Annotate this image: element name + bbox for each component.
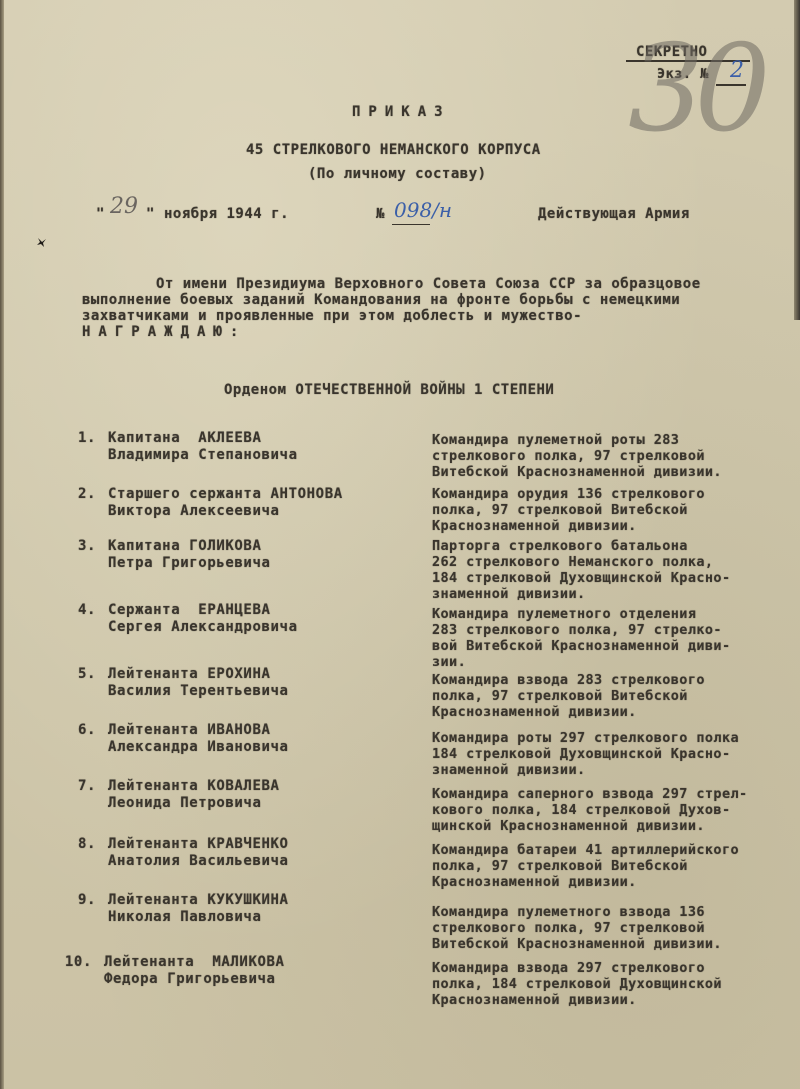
punch-hole-mark: [36, 236, 48, 248]
recipient-given-names: Александра Ивановича: [68, 739, 289, 756]
recipient-number: 3.: [68, 538, 96, 555]
recipient-name: 10.Лейтенанта МАЛИКОВАФедора Григорьевич…: [64, 954, 285, 988]
recipient-name: 4.Сержанта ЕРАНЦЕВАСергея Александровича: [68, 602, 298, 636]
recipient-position: Командира роты 297 стрелкового полка 184…: [432, 730, 792, 778]
recipient-position: Командира пулеметной роты 283 стрелковог…: [432, 432, 792, 480]
recipient-rank-surname: Лейтенанта ИВАНОВА: [108, 722, 271, 738]
pencil-annotation: 30: [628, 30, 761, 150]
document-page: СЕКРЕТНО Экз. № 2 30 ПРИКАЗ 45 СТРЕЛКОВО…: [0, 0, 800, 1089]
recipient-position: Парторга стрелкового батальона 262 стрел…: [432, 538, 792, 602]
preamble-line-1: От имени Президиума Верховного Совета Со…: [156, 276, 701, 292]
recipient-name: 5.Лейтенанта ЕРОХИНАВасилия Терентьевича: [68, 666, 289, 700]
preamble-line-2: выполнение боевых заданий Командования н…: [82, 292, 680, 308]
recipient-position: Командира взвода 297 стрелкового полка, …: [432, 960, 792, 1008]
recipient-position: Командира орудия 136 стрелкового полка, …: [432, 486, 792, 534]
date-day: 29: [110, 194, 138, 219]
recipient-given-names: Николая Павловича: [68, 909, 289, 926]
recipient-given-names: Владимира Степановича: [68, 447, 298, 464]
recipient-name: 1.Капитана АКЛЕЕВАВладимира Степановича: [68, 430, 298, 464]
page-edge-right: [794, 0, 800, 320]
location: Действующая Армия: [538, 206, 690, 222]
order-heading: Орденом ОТЕЧЕСТВЕННОЙ ВОЙНЫ 1 СТЕПЕНИ: [224, 382, 554, 398]
document-subtitle: (По личному составу): [308, 166, 487, 182]
recipient-number: 7.: [68, 778, 96, 795]
recipient-given-names: Василия Терентьевича: [68, 683, 289, 700]
preamble-line-3: захватчиками и проявленные при этом добл…: [82, 308, 582, 324]
date-month-year: ноября 1944 г.: [164, 206, 289, 222]
date-close-quote: ": [146, 206, 155, 222]
order-number: 098/н: [394, 198, 452, 222]
recipient-number: 2.: [68, 486, 96, 503]
recipient-given-names: Леонида Петровича: [68, 795, 280, 812]
recipient-given-names: Анатолия Васильевича: [68, 853, 289, 870]
recipient-number: 10.: [64, 954, 92, 971]
recipient-rank-surname: Лейтенанта КОВАЛЕВА: [108, 778, 280, 794]
recipient-given-names: Сергея Александровича: [68, 619, 298, 636]
recipient-rank-surname: Капитана АКЛЕЕВА: [108, 430, 262, 446]
recipient-name: 9.Лейтенанта КУКУШКИНАНиколая Павловича: [68, 892, 289, 926]
recipient-rank-surname: Лейтенанта КУКУШКИНА: [108, 892, 289, 908]
recipient-position: Командира батареи 41 артиллерийского пол…: [432, 842, 792, 890]
recipient-name: 8.Лейтенанта КРАВЧЕНКОАнатолия Васильеви…: [68, 836, 289, 870]
issuer-title: 45 СТРЕЛКОВОГО НЕМАНСКОГО КОРПУСА: [246, 142, 541, 158]
recipient-rank-surname: Капитана ГОЛИКОВА: [108, 538, 262, 554]
recipient-given-names: Виктора Алексеевича: [68, 503, 343, 520]
recipient-number: 8.: [68, 836, 96, 853]
recipient-number: 6.: [68, 722, 96, 739]
recipient-rank-surname: Лейтенанта ЕРОХИНА: [108, 666, 271, 682]
recipient-name: 2.Старшего сержанта АНТОНОВАВиктора Алек…: [68, 486, 343, 520]
order-number-label: №: [376, 206, 385, 222]
recipient-number: 1.: [68, 430, 96, 447]
recipient-given-names: Федора Григорьевича: [64, 971, 285, 988]
page-edge-left: [0, 0, 4, 1089]
date-open-quote: ": [96, 206, 105, 222]
recipient-name: 7.Лейтенанта КОВАЛЕВАЛеонида Петровича: [68, 778, 280, 812]
recipient-number: 4.: [68, 602, 96, 619]
recipient-name: 6.Лейтенанта ИВАНОВААлександра Ивановича: [68, 722, 289, 756]
recipient-position: Командира пулеметного взвода 136 стрелко…: [432, 904, 792, 952]
recipient-rank-surname: Сержанта ЕРАНЦЕВА: [108, 602, 271, 618]
recipient-number: 5.: [68, 666, 96, 683]
document-type-title: ПРИКАЗ: [352, 104, 451, 120]
recipient-rank-surname: Лейтенанта КРАВЧЕНКО: [108, 836, 289, 852]
recipient-rank-surname: Лейтенанта МАЛИКОВА: [104, 954, 285, 970]
recipient-number: 9.: [68, 892, 96, 909]
awards-verb: НАГРАЖДАЮ:: [82, 324, 246, 340]
recipient-given-names: Петра Григорьевича: [68, 555, 271, 572]
recipient-position: Командира саперного взвода 297 стрел- ко…: [432, 786, 792, 834]
recipient-position: Командира взвода 283 стрелкового полка, …: [432, 672, 792, 720]
recipient-rank-surname: Старшего сержанта АНТОНОВА: [108, 486, 343, 502]
order-number-underline: [392, 224, 430, 225]
recipient-name: 3.Капитана ГОЛИКОВАПетра Григорьевича: [68, 538, 271, 572]
recipient-position: Командира пулеметного отделения 283 стре…: [432, 606, 792, 670]
